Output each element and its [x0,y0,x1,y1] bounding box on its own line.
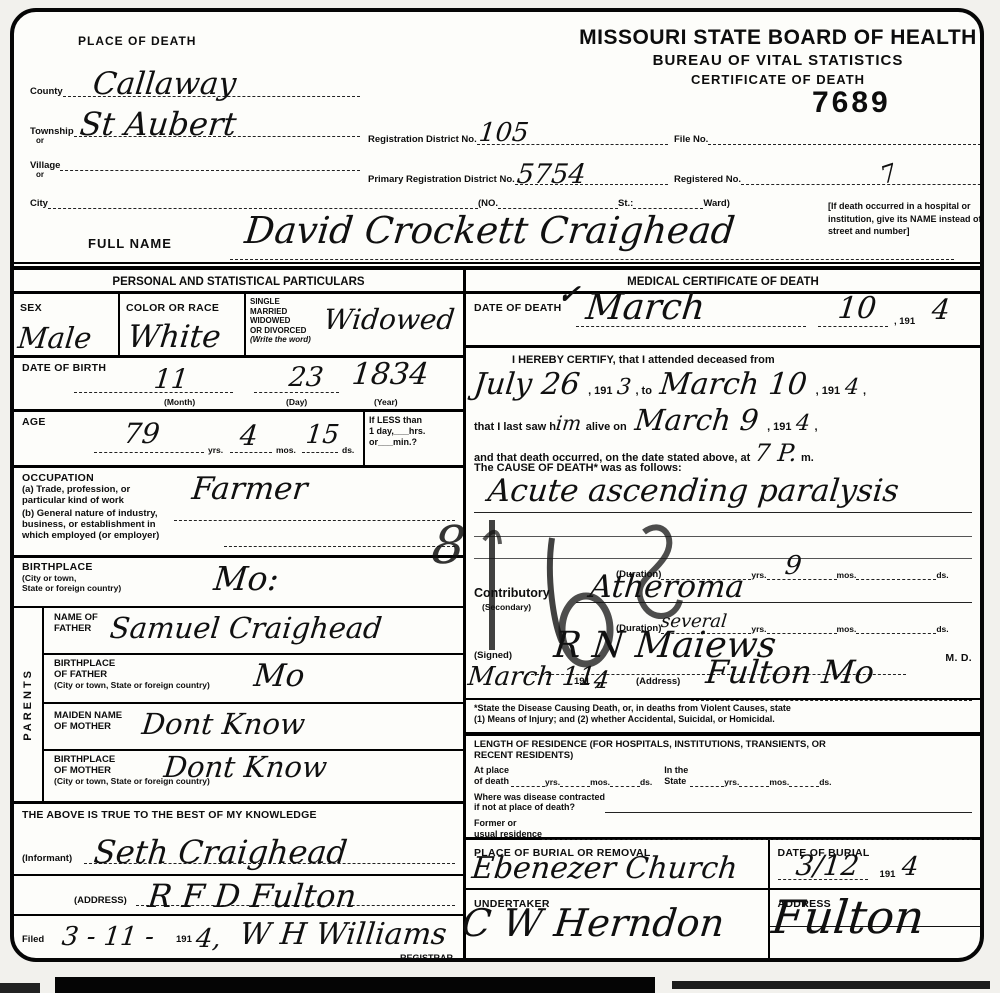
burial-year-digit: 4 [900,854,919,880]
to-year-digit: 4 [843,377,859,399]
primary-registration-row: Primary Registration District No. 5754 [368,172,668,185]
at-place-yrs-cap: yrs. [545,777,560,787]
burial-date-value: 3/12 [794,852,860,880]
less-note-1: If LESS than [369,415,459,426]
secondary-label: (Secondary) [482,602,531,612]
in-state-ds-line [789,774,819,787]
scan-edge-artifact [0,983,40,993]
certify-section: I HEREBY CERTIFY, that I attended deceas… [466,348,980,460]
undertaker-address-value: Fulton [769,894,926,940]
filed-row: Filed 3 - 11 - 191 4, W H Williams REGIS… [14,916,463,962]
full-name-label: FULL NAME [88,236,172,251]
informant-label: (Informant) [22,853,72,864]
header-divider [14,262,980,270]
occupation-b-line [224,534,455,547]
informant-address-row: (ADDRESS) R F D Fulton [14,876,463,916]
saw-mid-text: alive on [586,421,627,433]
registrar-label: REGISTRAR [400,953,453,962]
dob-month-caption: (Month) [164,397,195,407]
to-printed-191: , 191 [816,385,840,397]
birthplace-value: Mo: [212,562,280,595]
signed-section: (Signed) R N Maiews M. D. March 11, 191 … [466,638,980,698]
father-birthplace-row: BIRTHPLACE OF FATHER (City or town, Stat… [44,655,463,704]
residence-section: LENGTH OF RESIDENCE (FOR HOSPITALS, INST… [466,736,980,840]
scan-edge-artifact [672,981,990,989]
registration-district-line: 105 [477,132,668,145]
dod-month-value: March [584,290,707,326]
less-than-day-cell: If LESS than 1 day,___hrs. or___min.? [363,412,463,465]
medical-column: MEDICAL CERTIFICATE OF DEATH ✓ DATE OF D… [466,270,980,960]
street-line [633,196,703,209]
cause-duration-mos-value: 9 [783,553,802,579]
contrib-duration-mos-cap: mos. [837,624,857,634]
from-year-digit: 3 [616,377,632,399]
marital-cell: SINGLE MARRIED WIDOWED OR DIVORCED (Writ… [246,294,463,355]
attended-to-value: March 10 [659,370,809,400]
at-place-mos-line [560,774,590,787]
signed-label: (Signed) [474,650,512,661]
medical-section-title: MEDICAL CERTIFICATE OF DEATH ✓ [466,270,980,294]
saw-date-value: March 9 [634,406,760,435]
comma-1: , [863,385,866,397]
burial-date-cell: DATE OF BURIAL 3/12 191 4 [770,840,980,888]
street-no-label: (NO. [478,198,498,209]
physician-address-value: Fulton Mo [704,656,875,688]
age-years-value: 79 [123,420,162,448]
dob-year-value: 1834 [350,360,430,390]
saw-him-hw: im [555,413,582,433]
where-label-2: if not at place of death? [474,802,605,813]
age-row: AGE 79 yrs. 4 mos. 15 ds. If LESS than 1… [14,412,463,468]
in-state-mos-line [739,774,769,787]
city-row: City (NO. St.: Ward) [30,196,790,209]
sex-cell: SEX Male [14,294,120,355]
certificate-number: 7689 [812,86,891,120]
at-place-ds-cap: ds. [640,777,652,787]
board-title: MISSOURI STATE BOARD OF HEALTH [558,26,984,50]
body-columns: PERSONAL AND STATISTICAL PARTICULARS SEX… [14,270,980,960]
or-label-2: or [36,170,44,180]
marital-label-5: (Write the word) [250,335,459,345]
at-place-ds-line [610,774,640,787]
dob-row: DATE OF BIRTH 11 (Month) 23 (Day) 1834 (… [14,358,463,412]
marital-value: Widowed [323,306,456,334]
former-label-1: Former or [474,818,542,829]
parents-strip: PARENTS [14,608,44,801]
dod-printed-191: , 191 [894,316,915,327]
registered-no-label: Registered No. [674,174,741,185]
registration-district-row: Registration District No. 105 [368,132,668,145]
registrar-signature: W H Williams [238,920,448,950]
street-no-line [498,196,618,209]
race-value: White [126,322,222,353]
cause-duration-ds-cap: ds. [936,570,948,580]
county-row: County Callaway [30,84,360,97]
registered-no-line: 7 [741,172,984,185]
at-place-yrs-line [511,774,545,787]
contrib-duration-ds-line [856,621,936,634]
footnote-line-2: (1) Means of Injury; and (2) whether Acc… [474,714,972,725]
race-cell: COLOR OR RACE White [120,294,246,355]
personal-section-title: PERSONAL AND STATISTICAL PARTICULARS [14,270,463,294]
cause-line-1 [474,512,972,513]
village-row: Village [30,158,360,171]
age-label: AGE [22,416,46,428]
ward-label: Ward) [703,198,730,209]
burial-row: PLACE OF BURIAL OR REMOVAL Ebenezer Chur… [466,840,980,890]
city-line [48,196,478,209]
footnote-line-1: *State the Disease Causing Death, or, in… [474,703,972,714]
informant-section: THE ABOVE IS TRUE TO THE BEST OF MY KNOW… [14,804,463,876]
at-place-mos-cap: mos. [590,777,610,787]
contrib-duration-ds-cap: ds. [936,624,948,634]
comma-2: , [814,421,817,433]
full-name-value: David Crockett Craighead [243,212,737,249]
undertaker-cell: UNDERTAKER C W Herndon [466,890,770,962]
parents-label: PARENTS [22,668,34,741]
father-name-row: NAME OF FATHER Samuel Craighead [44,608,463,655]
dob-year-caption: (Year) [374,397,398,407]
certify-line-1: I HEREBY CERTIFY, that I attended deceas… [474,354,972,366]
undertaker-row: UNDERTAKER C W Herndon ADDRESS Fulton [466,890,980,962]
primary-registration-label: Primary Registration District No. [368,174,515,185]
age-years-caption: yrs. [208,445,223,455]
bureau-title: BUREAU OF VITAL STATISTICS [558,52,984,69]
father-name-value: Samuel Craighead [108,614,383,643]
occupation-a-value: Farmer [190,474,309,505]
to-text: , to [635,385,652,397]
mother-birthplace-row: BIRTHPLACE OF MOTHER (City or town, Stat… [44,751,463,801]
mother-name-row: MAIDEN NAME OF MOTHER Dont Know [44,704,463,751]
residence-title-1: LENGTH OF RESIDENCE (FOR HOSPITALS, INST… [474,739,972,750]
cause-duration-ds-line [856,567,936,580]
file-no-line [708,132,984,145]
cause-line-3 [474,558,972,559]
informant-value: Seth Craighead [92,836,349,868]
cause-duration-yrs-cap: yrs. [751,570,766,580]
burial-printed-191: 191 [880,869,896,880]
county-value: Callaway [91,69,237,100]
village-line [60,158,360,171]
dob-day-caption: (Day) [286,397,307,407]
dod-row: DATE OF DEATH March 10 , 191 4 [466,294,980,348]
street-label: St.: [618,198,633,209]
attended-from-value: July 26 [472,370,581,400]
former-residence-line [542,827,972,840]
md-label: M. D. [945,652,972,664]
in-state-label-1: In the [664,765,688,776]
in-state-label-2: State [664,776,688,787]
age-days-value: 15 [305,422,341,448]
undertaker-address-cell: ADDRESS Fulton [770,890,980,962]
attest-statement: THE ABOVE IS TRUE TO THE BEST OF MY KNOW… [14,804,463,821]
contributory-value: Atheroma [588,572,745,603]
sign-year-digit: 4 [593,668,611,692]
in-state-ds-cap: ds. [819,777,831,787]
at-place-label-1: At place [474,765,509,776]
place-of-death-title: PLACE OF DEATH [78,34,196,48]
age-months-caption: mos. [276,445,296,455]
dod-label: DATE OF DEATH [474,302,562,314]
primary-registration-value: 5754 [515,161,587,188]
filed-printed-191: 191 [176,934,192,945]
informant-address-label: (ADDRESS) [74,895,127,906]
village-label: Village [30,160,60,171]
former-residence-row: Former or usual residence [474,818,972,840]
saw-year-digit: 4 [795,413,811,435]
sex-value: Male [16,324,92,353]
footnote-section: *State the Disease Causing Death, or, in… [466,698,980,736]
city-label: City [30,198,48,209]
sex-label: SEX [20,302,42,314]
residence-duration-row: At place of death yrs. mos. ds. In the S… [474,765,972,787]
ink-bleed-digit: 8 [429,520,468,572]
sign-printed-191: 191 [574,676,590,687]
where-contracted-row: Where was disease contracted if not at p… [474,792,972,814]
filed-date-value: 3 - 11 - [61,924,156,950]
less-note-2: 1 day,___hrs. [369,426,459,437]
occupation-a-line [174,508,455,521]
certificate-sheet: PLACE OF DEATH County Callaway Township … [10,8,984,962]
full-name-line [230,259,954,260]
former-label-2: usual residence [474,829,542,840]
registered-no-value: 7 [878,160,900,188]
cause-duration-mos-line: 9 [767,567,837,580]
saw-printed-191: , 191 [767,421,791,433]
township-line: St Aubert [74,124,360,137]
in-state-yrs-line [690,774,724,787]
where-line [605,800,972,813]
dod-year-value: 4 [931,296,952,324]
scan-edge-artifact [55,977,655,993]
certificate-title: CERTIFICATE OF DEATH [558,72,984,87]
header-section: PLACE OF DEATH County Callaway Township … [30,24,964,220]
dob-day-value: 23 [288,364,325,391]
cause-label: The CAUSE OF DEATH* was as follows: [466,460,980,474]
board-header: MISSOURI STATE BOARD OF HEALTH BUREAU OF… [558,26,984,87]
cause-value: Acute ascending paralysis [486,476,900,507]
where-label-1: Where was disease contracted [474,792,605,803]
age-days-caption: ds. [342,445,354,455]
dob-label: DATE OF BIRTH [22,362,106,374]
contributory-label: Contributory [474,586,550,600]
race-label: COLOR OR RACE [126,302,219,314]
file-no-row: File No. [674,132,984,145]
informant-address-value: R F D Fulton [146,880,358,912]
cause-duration-mos-cap: mos. [837,570,857,580]
dob-month-value: 11 [153,366,190,393]
county-line: Callaway [63,84,360,97]
from-printed-191: , 191 [588,385,612,397]
cause-section: The CAUSE OF DEATH* was as follows: Acut… [466,460,980,584]
at-place-label-2: of death [474,776,509,787]
registered-no-row: Registered No. 7 [674,172,984,185]
parents-section: PARENTS NAME OF FATHER Samuel Craighead … [14,608,463,804]
sex-race-marital-row: SEX Male COLOR OR RACE White SINGLE MARR… [14,294,463,358]
less-note-3: or___min.? [369,437,459,448]
township-value: St Aubert [78,108,238,140]
age-months-value: 4 [239,422,260,450]
saw-pre-text: that I last saw h [474,421,556,433]
in-state-mos-cap: mos. [769,777,789,787]
burial-place-value: Ebenezer Church [470,854,739,884]
occupation-row: OCCUPATION (a) Trade, profession, or par… [14,468,463,558]
township-row: Township St Aubert [30,124,360,137]
father-birthplace-value: Mo [252,661,306,692]
cause-line-2 [474,536,972,537]
dod-day-value: 10 [836,294,877,324]
registration-district-label: Registration District No. [368,134,477,145]
or-label-1: or [36,136,44,146]
in-state-yrs-cap: yrs. [724,777,739,787]
filed-year-value: 4, [195,926,223,952]
county-label: County [30,86,63,97]
registration-district-value: 105 [477,120,529,146]
filed-label: Filed [22,934,44,945]
personal-column: PERSONAL AND STATISTICAL PARTICULARS SEX… [14,270,466,960]
file-no-label: File No. [674,134,708,145]
residence-title-2: RECENT RESIDENTS) [474,750,972,761]
birthplace-row: BIRTHPLACE (City or town, State or forei… [14,558,463,608]
physician-address-label: (Address) [636,676,680,687]
mother-birthplace-value: Dont Know [162,753,328,782]
undertaker-value: C W Herndon [460,904,726,942]
full-name-row: FULL NAME David Crockett Craighead [30,220,964,262]
mother-name-value: Dont Know [140,710,306,739]
burial-place-cell: PLACE OF BURIAL OR REMOVAL Ebenezer Chur… [466,840,770,888]
primary-registration-line: 5754 [515,172,668,185]
